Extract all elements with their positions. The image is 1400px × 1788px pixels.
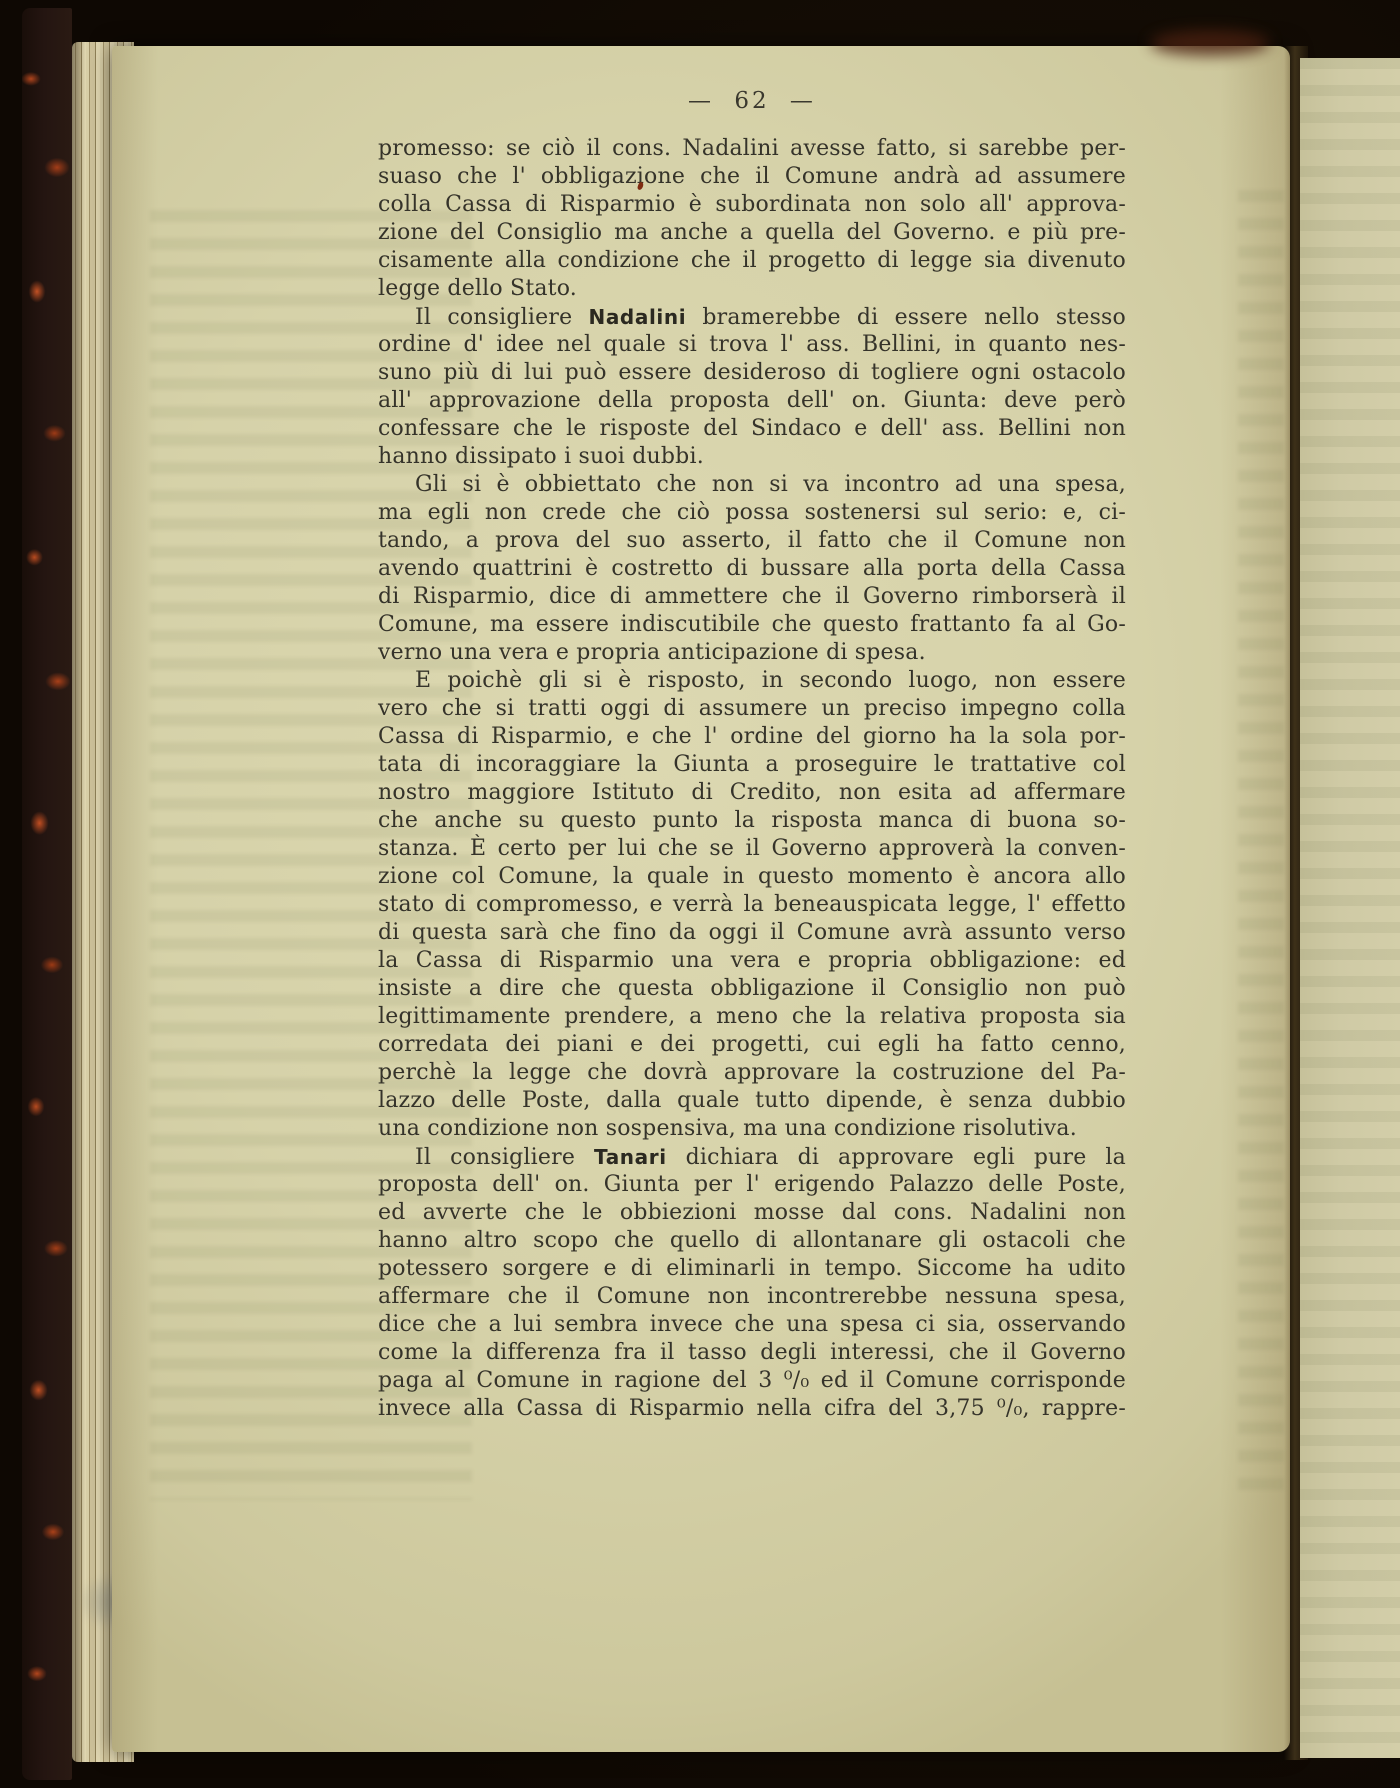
- text-line: nostro maggiore Istituto di Credito, non…: [378, 779, 1126, 807]
- text-line: Comune, ma essere indiscutibile che ques…: [378, 611, 1126, 639]
- text-line: come la differenza fra il tasso degli in…: [378, 1339, 1126, 1367]
- text-line: confessare che le risposte del Sindaco e…: [378, 415, 1126, 443]
- page-left-shading: [112, 46, 158, 1752]
- paragraph: Gli si è obbiettato che non si va incont…: [378, 471, 1126, 667]
- text-line: la Cassa di Risparmio una vera e propria…: [378, 947, 1126, 975]
- text-line: tata di incoraggiare la Giunta a prosegu…: [378, 751, 1126, 779]
- text-line: zione del Consiglio ma anche a quella de…: [378, 219, 1126, 247]
- councillor-name: Tanari: [594, 1145, 667, 1169]
- text-line: avendo quattrini è costretto di bussare …: [378, 555, 1126, 583]
- text-line: ed avverte che le obbiezioni mosse dal c…: [378, 1199, 1126, 1227]
- text-line: vero che si tratti oggi di assumere un p…: [378, 695, 1126, 723]
- text-line: all' approvazione della proposta dell' o…: [378, 387, 1126, 415]
- paragraph: Il consigliere Nadalini bramerebbe di es…: [378, 303, 1126, 471]
- text-line: insiste a dire che questa obbligazione i…: [378, 975, 1126, 1003]
- text-line: corredata dei piani e dei progetti, cui …: [378, 1031, 1126, 1059]
- book-scan-photo: { "page": { "number_display": "— 62 —", …: [0, 0, 1400, 1788]
- book-cover-marbled-edge: [22, 8, 72, 1780]
- text-line: di questa sarà che fino da oggi il Comun…: [378, 919, 1126, 947]
- text-line: hanno dissipato i suoi dubbi.: [378, 443, 1126, 471]
- text-line: suno più di lui può essere desideroso di…: [378, 359, 1126, 387]
- text-line: paga al Comune in ragione del 3 ⁰/₀ ed i…: [378, 1367, 1126, 1395]
- text-line: invece alla Cassa di Risparmio nella cif…: [378, 1395, 1126, 1423]
- paragraph: Il consigliere Tanari dichiara di approv…: [378, 1143, 1126, 1423]
- text-line: tando, a prova del suo asserto, il fatto…: [378, 527, 1126, 555]
- councillor-name: Nadalini: [589, 305, 687, 329]
- text-line: legittimamente prendere, a meno che la r…: [378, 1003, 1126, 1031]
- binding-shadow: [1150, 30, 1270, 56]
- text-line: Gli si è obbiettato che non si va incont…: [378, 471, 1126, 499]
- text-line: suaso che l' obbligazione che il Comune …: [378, 163, 1126, 191]
- text-line: ordine d' idee nel quale si trova l' ass…: [378, 331, 1126, 359]
- text-line: una condizione non sospensiva, ma una co…: [378, 1115, 1126, 1143]
- paragraph: E poichè gli si è risposto, in secondo l…: [378, 667, 1126, 1143]
- text-line: E poichè gli si è risposto, in secondo l…: [378, 667, 1126, 695]
- text-line: proposta dell' on. Giunta per l' erigend…: [378, 1171, 1126, 1199]
- text-line: cisamente alla condizione che il progett…: [378, 247, 1126, 275]
- text-line: promesso: se ciò il cons. Nadalini avess…: [378, 135, 1126, 163]
- text-line: stanza. È certo per lui che se il Govern…: [378, 835, 1126, 863]
- text-line: verno una vera e propria anticipazione d…: [378, 639, 1126, 667]
- text-line: Il consigliere Tanari dichiara di approv…: [378, 1143, 1126, 1171]
- page-number: — 62 —: [378, 88, 1126, 114]
- text-block: promesso: se ciò il cons. Nadalini avess…: [378, 135, 1126, 1423]
- text-line: potessero sorgere e di eliminarli in tem…: [378, 1255, 1126, 1283]
- text-line: dice che a lui sembra invece che una spe…: [378, 1311, 1126, 1339]
- text-line: di Risparmio, dice di ammettere che il G…: [378, 583, 1126, 611]
- text-line: Il consigliere Nadalini bramerebbe di es…: [378, 303, 1126, 331]
- page-content: — 62 — promesso: se ciò il cons. Nadalin…: [378, 88, 1126, 1423]
- text-line: lazzo delle Poste, dalla quale tutto dip…: [378, 1087, 1126, 1115]
- page-gutter-shading: [1220, 46, 1290, 1752]
- text-line: ma egli non crede che ciò possa sostener…: [378, 499, 1126, 527]
- text-line: hanno altro scopo che quello di allontan…: [378, 1227, 1126, 1255]
- text-line: perchè la legge che dovrà approvare la c…: [378, 1059, 1126, 1087]
- text-line: Cassa di Risparmio, e che l' ordine del …: [378, 723, 1126, 751]
- text-line: colla Cassa di Risparmio è subordinata n…: [378, 191, 1126, 219]
- facing-page-edge: [1300, 58, 1400, 1758]
- text-line: che anche su questo punto la risposta ma…: [378, 807, 1126, 835]
- text-line: zione col Comune, la quale in questo mom…: [378, 863, 1126, 891]
- text-line: stato di compromesso, e verrà la beneaus…: [378, 891, 1126, 919]
- text-line: affermare che il Comune non incontrerebb…: [378, 1283, 1126, 1311]
- paragraph: promesso: se ciò il cons. Nadalini avess…: [378, 135, 1126, 303]
- text-line: legge dello Stato.: [378, 275, 1126, 303]
